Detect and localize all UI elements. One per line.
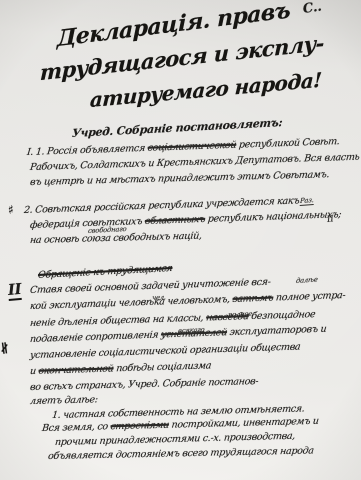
section2-line-4-tail: эксплуататоровъ и xyxy=(226,324,327,339)
section2-line-6: и окончательной побѣды соціализма xyxy=(29,360,211,377)
section2-line-4-text: подавленіе сопротивленія xyxy=(29,329,161,345)
left-margin-mark: ∦ xyxy=(0,341,10,356)
item2-margin-mark: ♯ xyxy=(8,203,14,217)
item1-line-1-tail: республикой Совѣт. xyxy=(236,136,341,151)
point1-line-2-text: Вся земля, со xyxy=(41,421,111,434)
item2-insertion-raz: Раз. xyxy=(300,196,314,206)
point1-line-4: объявляется достояніемъ всего трудящагос… xyxy=(47,445,314,462)
section2-line-5: установленіе соціалистической организаці… xyxy=(29,341,301,361)
manuscript-page: С.. Декларація. правъ трудящагося и эксп… xyxy=(0,0,361,480)
section2-marker: ІІ xyxy=(7,280,22,301)
deleted-line: Обращеніе къ трудящимся xyxy=(38,263,173,281)
resolution-heading: Учред. Собраніе постановляетъ: xyxy=(71,116,282,140)
section2-line-2-strikethrough: затѣмъ xyxy=(232,292,274,304)
point1-line-2-strikethrough: строеніями xyxy=(110,420,170,433)
corner-mark: С.. xyxy=(302,0,322,17)
section2-line-2-tail: полное устра- xyxy=(273,290,346,304)
section2-line-3-strikethrough: навсегда xyxy=(206,311,250,323)
point1-line-2-tail: постройками, инвентаремъ и xyxy=(168,416,319,431)
section2-line-6-tail: побѣды соціализма xyxy=(113,360,212,374)
item2-line-3: на основѣ союза свободныхъ націй, xyxy=(29,230,202,246)
section2-line-6-strikethrough: окончательной xyxy=(38,363,114,376)
item2-insertion-ii: ІІ xyxy=(326,214,334,225)
section2-line-2-text: кой эксплуатаціи человѣка человѣкомъ, xyxy=(29,294,233,312)
item2-line-2-tail: республикъ національныхъ; xyxy=(204,209,341,225)
section2-line-4-strikethrough: угнетателей xyxy=(160,327,227,340)
item1-line-3: въ центрѣ и на мѣстахъ принадлежитъ этим… xyxy=(29,169,329,188)
section2-line-3-tail: безпощадное xyxy=(248,309,316,322)
point1-line-3: прочими принадлежностями с.-х. производс… xyxy=(54,431,295,448)
item1-line-1-text: I. 1. Россія объявляется xyxy=(26,143,148,158)
section2-line-8: ляетъ далѣе: xyxy=(29,394,98,407)
item1-line-1-strikethrough: соціалистической xyxy=(147,140,237,154)
section2-insertion-b: далѣе xyxy=(296,275,318,285)
item2-line-2-strikethrough: областныхъ xyxy=(144,214,205,227)
section2-line-7: во всѣхъ странахъ, Учред. Собраніе поста… xyxy=(29,376,258,393)
